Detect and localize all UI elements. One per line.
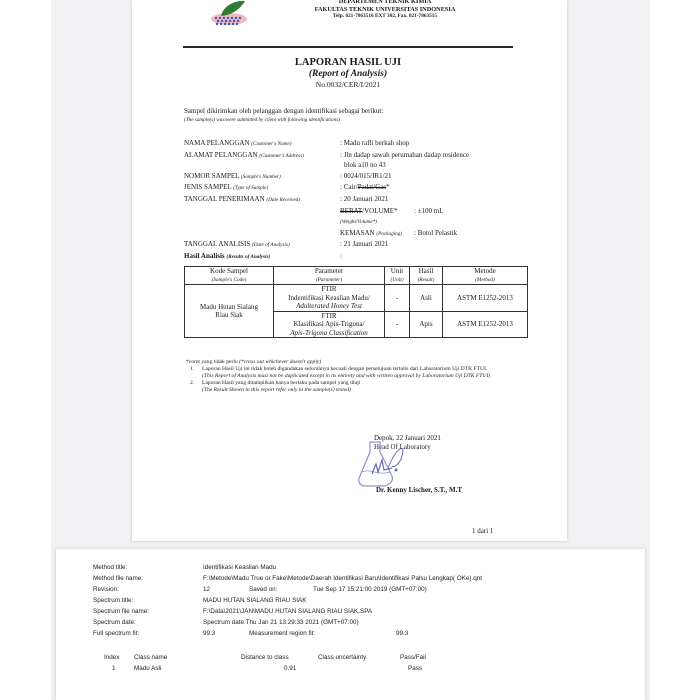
analysis-fields: TANGGAL ANALISIS (Date of Analysis) : 21… [184, 239, 524, 263]
table-header-row: Kode Sampel(Sample's Code) Parameter(Par… [185, 267, 528, 285]
field-date-received: TANGGAL PENERIMAAN (Date Received) : 20 … [184, 194, 524, 206]
table-row: Madu Hutan Sialang Riau Siak FTIRIndenti… [185, 285, 528, 312]
sample-subfields: BERAT/VOLUME* : ±100 mL (Weight/Volume*)… [340, 206, 457, 239]
report-title: LAPORAN HASIL UJI [183, 57, 513, 69]
faculty-name: FAKULTAS TEKNIK UNIVERSITAS INDONESIA [270, 6, 500, 14]
header-divider [183, 46, 513, 48]
field-customer-address: ALAMAT PELANGGAN (Customer's Address) : … [184, 150, 524, 171]
field-sample-number: NOMOR SAMPEL (Sample's Number) : 0024/01… [184, 171, 524, 183]
letterhead: DEPARTEMEN TEKNIK KIMIA FAKULTAS TEKNIK … [270, 0, 500, 21]
report-title-english: (Report of Analysis) [183, 69, 513, 80]
field-date-analysis: TANGGAL ANALISIS (Date of Analysis) : 21… [184, 239, 524, 251]
field-packaging: KEMASAN (Packaging) : Botol Pelastik [340, 228, 457, 239]
sample-code-cell: Madu Hutan Sialang Riau Siak [185, 285, 274, 338]
contact-info: Telp. 021-7863516 EXT 302, Fax. 021-7863… [270, 13, 500, 21]
university-logo-icon [207, 0, 251, 26]
lab-stamp-signature-icon [358, 438, 413, 488]
intro-text: Sampel dikirimkan oleh pelanggan dengan … [184, 107, 514, 124]
report-number: No.0032/CER/I/2021 [183, 80, 513, 89]
footnote-item: 1. Laporan Hasil Uji ini tidak boleh dig… [186, 366, 526, 380]
signatory-name: Dr. Kenny Lischer, S.T., M.T [376, 486, 462, 494]
field-customer-name: NAMA PELANGGAN (Customer's Name) : Madu … [184, 138, 524, 150]
footnotes: *coret yang tidak perlu (*cross out whic… [186, 359, 526, 394]
field-results-heading: Hasil Analisis (Results of Analysis) : [184, 251, 524, 263]
footnote-item: 2. Laporan Hasil yang ditampilkan hanya … [186, 380, 526, 394]
field-sample-type: JENIS SAMPEL (Type of Sample) : Cair/Pad… [184, 182, 524, 194]
report-title-block: LAPORAN HASIL UJI (Report of Analysis) N… [183, 57, 513, 89]
field-weight-volume: BERAT/VOLUME* : ±100 mL [340, 206, 457, 216]
results-table: Kode Sampel(Sample's Code) Parameter(Par… [184, 266, 528, 338]
page-number: 1 dari 1 [472, 527, 493, 535]
sample-fields: NAMA PELANGGAN (Customer's Name) : Madu … [184, 138, 524, 206]
